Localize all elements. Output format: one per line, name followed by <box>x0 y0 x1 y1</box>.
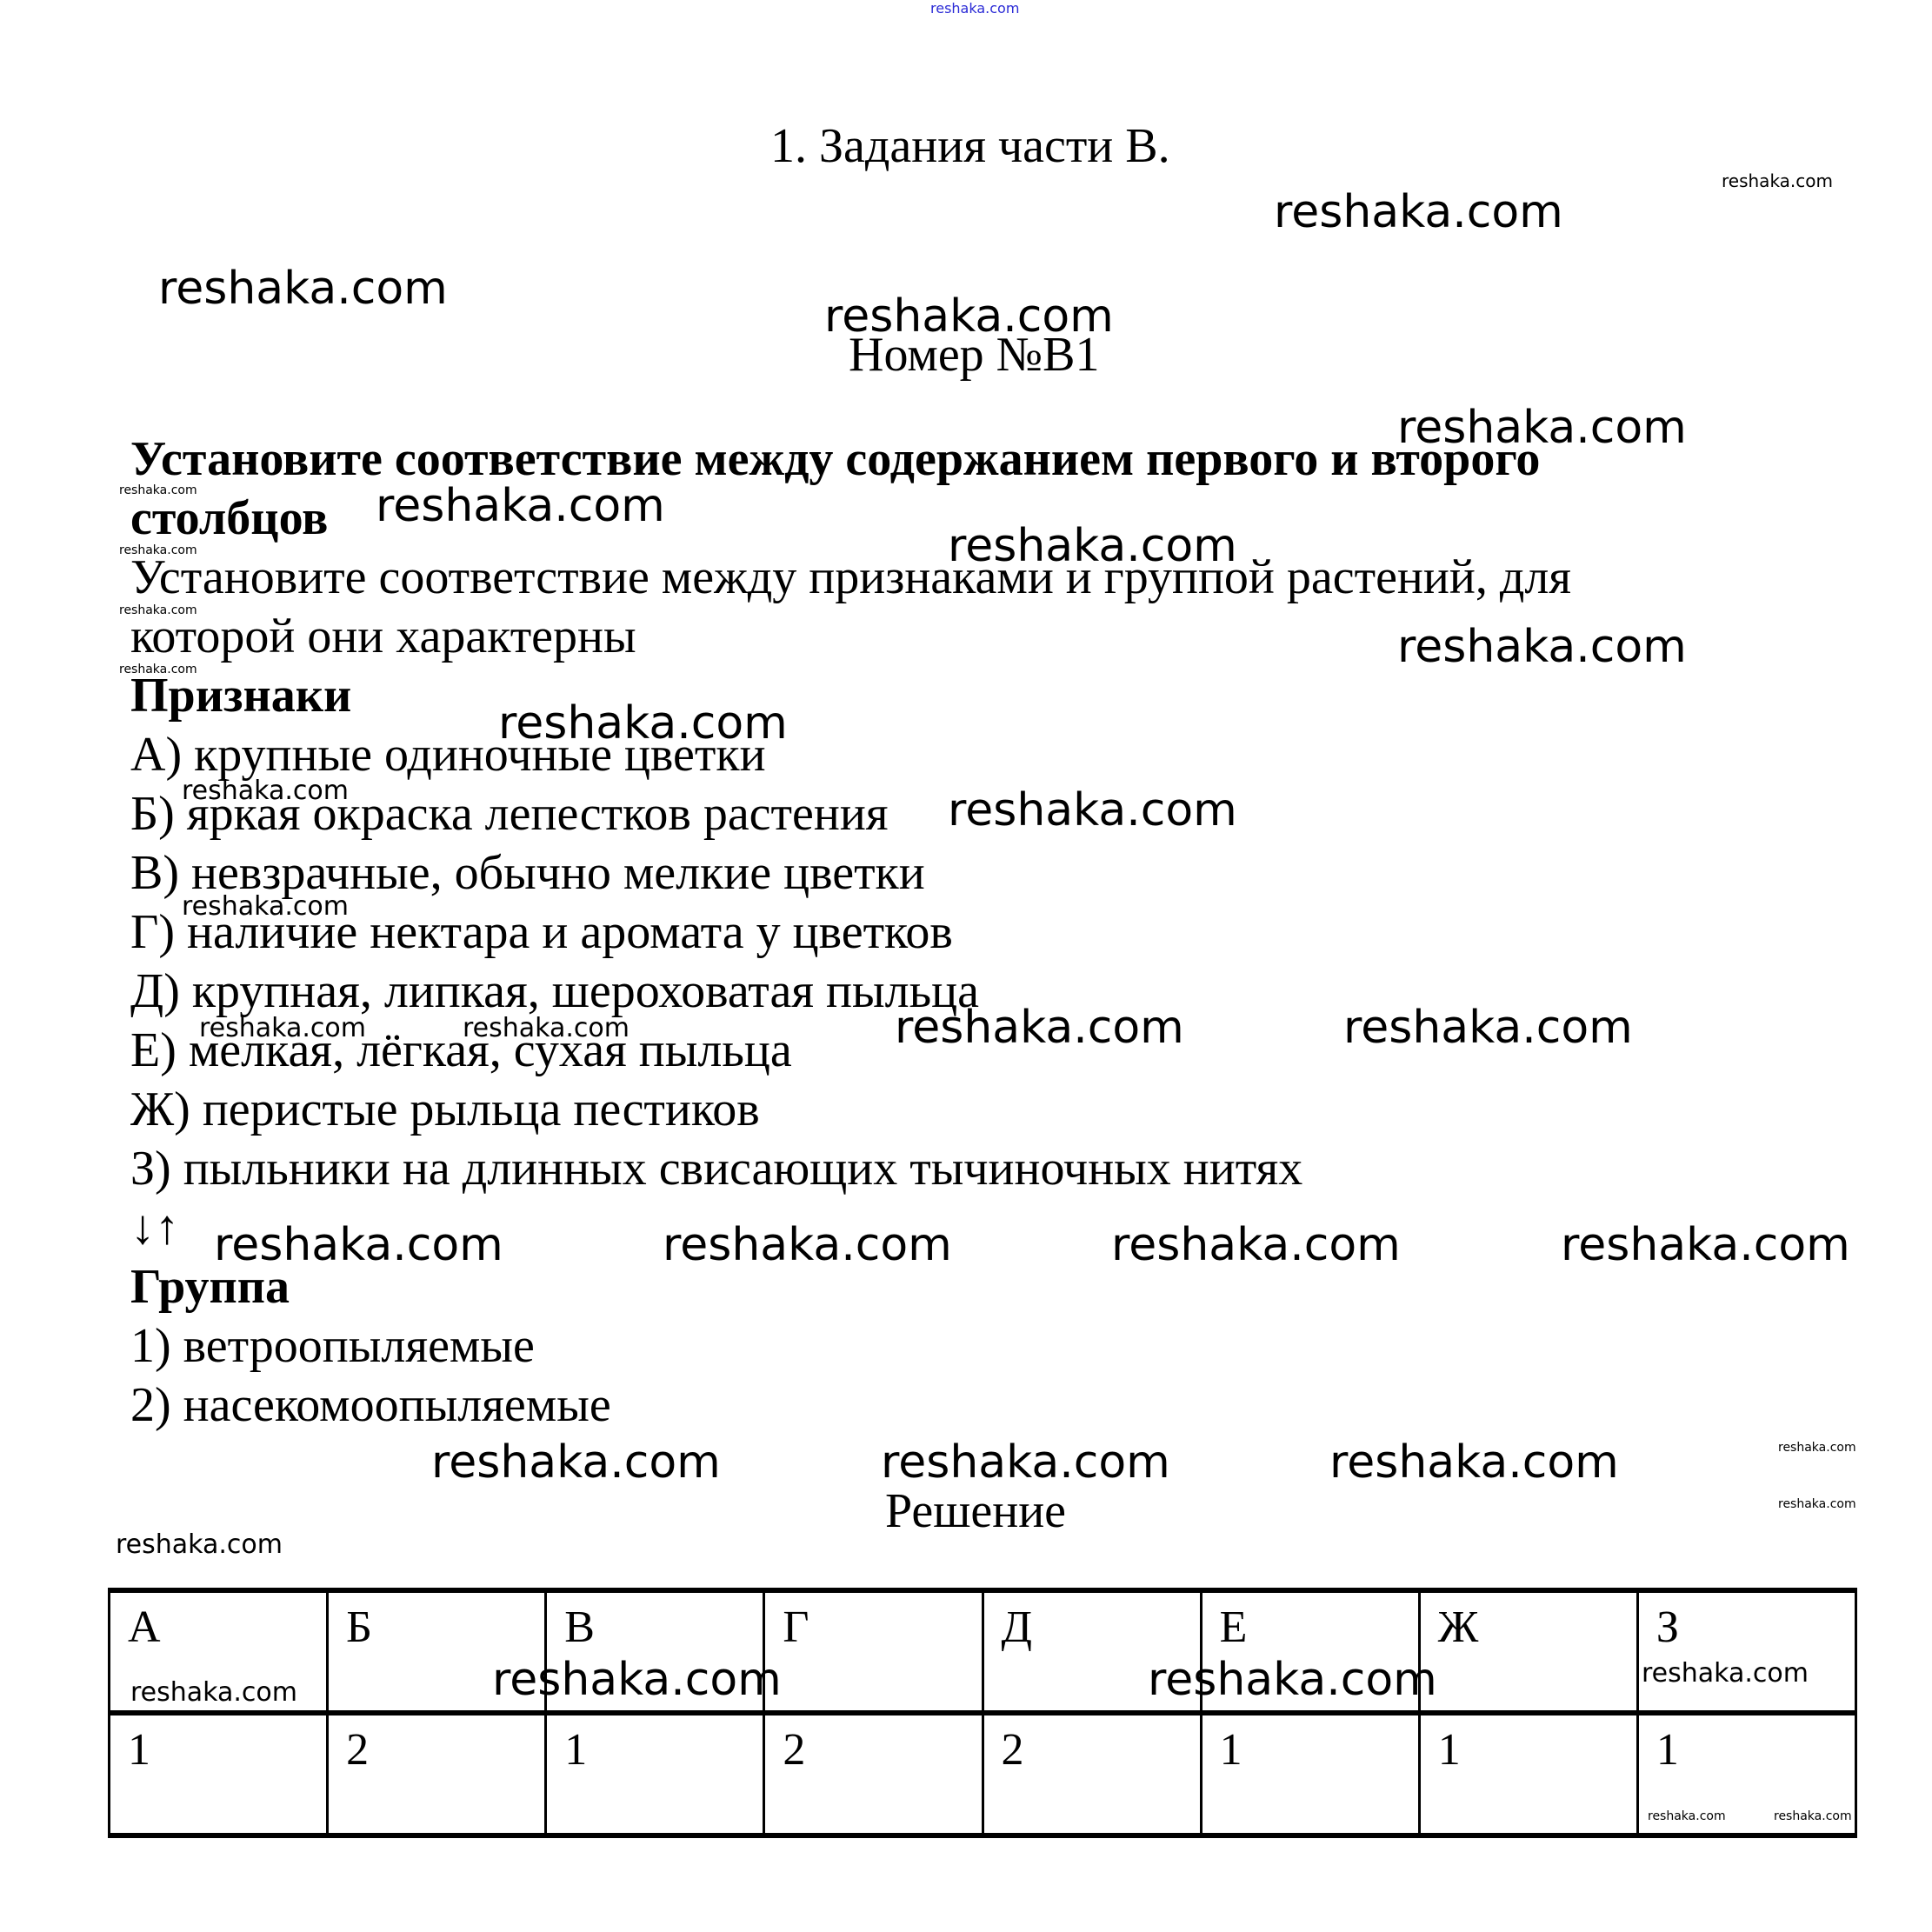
sign-item: З) пыльники на длинных свисающих тычиноч… <box>130 1144 1302 1193</box>
watermark: reshaka.com <box>199 1016 366 1042</box>
watermark: reshaka.com <box>1397 624 1687 670</box>
watermark: reshaka.com <box>895 1005 1184 1050</box>
watermark: reshaka.com <box>498 701 788 746</box>
group-item: 2) насекомоопыляемые <box>130 1381 611 1429</box>
sign-item: В) невзрачные, обычно мелкие цветки <box>130 849 925 897</box>
sign-item: Ж) перистые рыльца пестиков <box>130 1085 760 1134</box>
watermark: reshaka.com <box>1148 1657 1437 1702</box>
letter-cell: Г <box>764 1590 983 1713</box>
question-line-1: Установите соответствие между признаками… <box>130 553 1571 602</box>
watermark: reshaka.com <box>948 523 1237 569</box>
table-row: А Б В Г Д Е Ж З <box>110 1590 1856 1713</box>
watermark: reshaka.com <box>1111 1222 1401 1268</box>
watermark: reshaka.com <box>1343 1005 1633 1050</box>
signs-heading: Признаки <box>130 671 351 720</box>
watermark: reshaka.com <box>431 1440 721 1485</box>
answer-cell: 2 <box>983 1713 1201 1835</box>
answer-cell: 1 <box>1201 1713 1419 1835</box>
watermark: reshaka.com <box>158 266 448 311</box>
watermark: reshaka.com <box>1397 405 1687 450</box>
watermark: reshaka.com <box>1561 1222 1850 1268</box>
watermark: reshaka.com <box>824 294 1114 339</box>
watermark: reshaka.com <box>663 1222 952 1268</box>
watermark: reshaka.com <box>376 483 665 529</box>
group-item: 1) ветроопыляемые <box>130 1322 535 1370</box>
watermark: reshaka.com <box>1642 1661 1809 1687</box>
watermark: reshaka.com <box>881 1440 1170 1485</box>
watermark: reshaka.com <box>1274 190 1563 235</box>
watermark-top[interactable]: reshaka.com <box>930 2 1019 16</box>
table-row: 1 2 1 2 2 1 1 1 <box>110 1713 1856 1835</box>
instruction-bold: Установите соответствие между содержание… <box>130 435 1540 483</box>
watermark: reshaka.com <box>116 1532 283 1558</box>
watermark: reshaka.com <box>119 544 197 556</box>
watermark: reshaka.com <box>948 788 1237 833</box>
answer-cell: 1 <box>546 1713 764 1835</box>
arrows-icon: ↓↑ <box>130 1203 179 1252</box>
solution-heading: Решение <box>885 1487 1066 1536</box>
watermark: reshaka.com <box>182 778 349 804</box>
watermark: reshaka.com <box>1774 1810 1852 1822</box>
watermark: reshaka.com <box>463 1016 630 1042</box>
answer-cell: 1 <box>1419 1713 1637 1835</box>
answer-cell: 1 <box>110 1713 328 1835</box>
answer-cell: 2 <box>328 1713 546 1835</box>
watermark: reshaka.com <box>119 604 197 616</box>
watermark: reshaka.com <box>1648 1810 1726 1822</box>
watermark: reshaka.com <box>119 663 197 676</box>
letter-cell: Ж <box>1419 1590 1637 1713</box>
watermark: reshaka.com <box>1778 1442 1856 1454</box>
watermark: reshaka.com <box>182 894 349 920</box>
watermark: reshaka.com <box>130 1680 297 1706</box>
sign-item: Д) крупная, липкая, шероховатая пыльца <box>130 967 979 1016</box>
watermark: reshaka.com <box>214 1222 503 1268</box>
section-title: 1. Задания части B. <box>770 122 1170 170</box>
watermark: reshaka.com <box>1778 1498 1856 1510</box>
question-line-2: которой они характерны <box>130 612 636 661</box>
letter-cell: З <box>1637 1590 1855 1713</box>
watermark: reshaka.com <box>1329 1440 1619 1485</box>
answer-table: А Б В Г Д Е Ж З 1 2 1 2 2 1 1 1 <box>108 1588 1857 1838</box>
watermark: reshaka.com <box>119 484 197 496</box>
watermark: reshaka.com <box>492 1657 782 1702</box>
answer-cell: 2 <box>764 1713 983 1835</box>
watermark: reshaka.com <box>1722 172 1833 190</box>
instruction-bold-cont: столбцов <box>130 494 328 543</box>
